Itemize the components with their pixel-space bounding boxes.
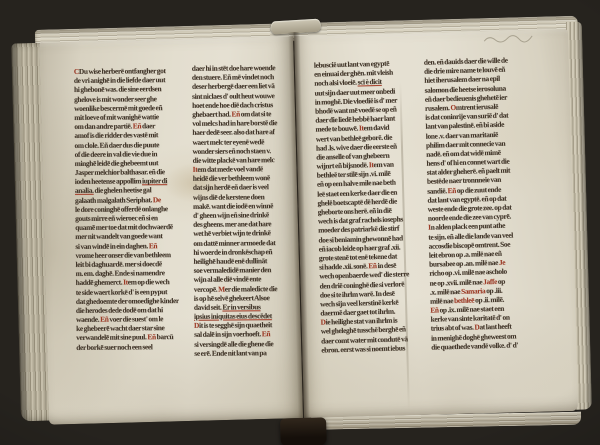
ink-text: of die deere in val die vie due in [75,149,158,159]
ink-text: om clole. Eñ daer dus die puute [74,140,159,150]
manuscript-line: de vri anighē in die liefde daer uut [74,75,177,85]
manuscript-line: se erē. Ende nit lant van pa [194,348,297,358]
ink-text: voer die suest' om le [108,314,163,323]
ink-text: hi ghebonē was. die sine eerdsen [74,85,161,95]
ink-text: om dattē minner armoede dat [193,238,275,248]
ink-text: em van [373,160,393,170]
ink-text: om dan andre partiē. [74,122,133,132]
left-page: CDu wise herberē ontfangher gotde vri an… [39,36,303,425]
ink-text: milē nae [430,296,454,306]
ink-text: vercopē. [194,284,219,293]
ink-text: sandiē. [427,186,448,196]
ink-text: dat ghedoemte der omoedighe kinder [76,296,179,306]
ink-text: wet hē verbiet wijn te drinkē [193,228,270,238]
rubric-initial: Je [499,258,506,267]
ink-text: barcū [156,332,174,341]
ink-text: die ghelen heetise gal [94,186,152,196]
manuscript-line: le dore coninghē offerdē onlanghe [75,204,178,214]
ink-text: waende. [76,315,100,324]
manuscript-line: ebron. eerst was si noemt iebus [321,343,424,355]
ink-text: haddē ghemerct. [76,278,124,287]
ink-text: wijn al alle diē vindē ente [194,275,261,285]
ink-text: haer dedē seer. also dat hare af [192,127,274,137]
ink-text: makē. want die iodē en winnē [193,201,273,211]
ink-text: daer hi in stēt doe hare woende [192,63,275,73]
ink-text: leit bi daghuardē. mer si doecdē [75,259,161,269]
ink-text: is op hē selvē ghekeert Alsoe [194,293,270,303]
ink-text: em dat mede voel vandē [197,164,263,174]
ink-text: david seit. [194,302,223,311]
ink-text: rusalem. [425,103,451,113]
rubric-initial: Eñ [262,330,270,339]
ink-text: des gheens. mer ane dat hare [193,219,271,229]
red-underlined-text: iupiter di [142,176,167,185]
ink-text: d' gheen wijn eñ sine drinkē [193,210,269,220]
ink-text: hi woerde in dronkēschap eñ [193,247,272,257]
ink-text: em david [363,123,389,133]
ink-text: op .iii. [485,285,502,294]
ink-text: ghelove is mit wonder seer ghe [74,94,157,104]
rubric-initial: Eñ [447,186,456,195]
manuscript-line: ioden heetense appollim iupiter di [75,176,178,186]
red-underlined-text: analia. [75,186,94,195]
ink-text: gouts mirre eñ wieroec eñ si en [75,213,158,223]
rubric-initial: Jaffe [483,276,497,285]
ink-text: it is te segghē sijn quaetheit [199,320,272,330]
rubric-initial: bethleē [454,295,474,305]
manuscript-book: CDu wise herberē ontfangher gotde vri an… [11,17,591,434]
right-page: lebusciē uut lant van egyptēen einuai de… [294,29,578,418]
right-page-column-1: lebusciē uut lant van egyptēen einuai de… [314,58,425,359]
ink-text: minghē leidē die ghebeemt uut [75,158,159,168]
manuscript-line: die quaethede vandē volke. d' d' [431,340,534,352]
left-page-column-2: daer hi in stēt doe hare woendeden stuer… [192,63,298,362]
rubric-initial: Samaria [461,286,485,296]
ink-text: galaath malgalath Seriphat. [75,195,153,205]
manuscript-line: quamē mer toe dat mit dochwaerdē [75,222,178,232]
rubric-initial: De [153,195,161,204]
ink-text: ebron. eerst was si noemt iebus [321,343,405,354]
ink-text: ioden heetense appollim [75,177,142,187]
spine-tailband [280,417,327,445]
ink-text: heidē die ver bethleem wonē [193,173,270,183]
manuscript-line: verwandelē mit sine puul. Eñ barcū [76,332,179,342]
ink-text: die herodes dede dodē om dat hi [76,305,163,315]
ink-text: deser herbergē daer een liet vā [192,81,275,91]
ink-text: dat sijn herdē eñ daer is veel [193,183,269,193]
ink-text: si versingdē alle die ghene die [194,339,273,349]
red-underlined-text: scī è dicit [357,77,381,87]
ink-text: ke ghebeerē wacht daer star sine [76,323,164,333]
ink-text: verwandelē mit sine puul. [76,333,147,343]
manuscript-line: woenlike bescermē mit goede eñ [74,103,177,113]
rubric-initial: Eñ [368,261,377,270]
ink-text: in desē [377,261,397,271]
ink-text: heilighē haudē enē dullināt [193,256,267,266]
ink-text: si van windē in ein daghen. [75,241,149,251]
photo-scene: CDu wise herberē ontfangher gotde vri an… [0,0,600,445]
ink-text: op [497,276,505,285]
rubric-initial: Eñ [149,241,157,250]
manuscript-line: vrome heer onser die van bethleem [75,250,178,260]
ink-text: daer [141,121,155,130]
ink-text: mit loeve of mit wanighē wattie [74,112,159,122]
ink-text: die witte plackē van hare melc [193,155,275,165]
red-underlined-text: Er in versibus [222,302,260,311]
rubric-initial: Eñ [147,333,155,342]
ink-text: sal dalē in sijn voerhoeft. [194,330,262,340]
manuscript-line: dat ghedoemte der omoedighe kinder [76,296,179,306]
ink-text: sint niclaes d' oult heut wouwe [192,91,275,101]
ink-text: wonder siers eñ noch staen v. [192,146,270,156]
manuscript-line: der borkē suer noch een seel [76,342,179,352]
ink-text: vol melcs had in hare borstē die [192,118,277,128]
ink-text: wijns diē de kerstene doen [193,192,265,202]
right-page-column-2: den. eñ dauids daer die wille dedie drie… [424,55,535,356]
rubric-initial: Eñ [231,109,239,118]
ink-text: der borkē suer noch een seel [76,342,152,352]
ink-text: den stuere. Eñ mē vindet noch [192,72,274,82]
left-page-column-1: CDu wise herberē ontfangher gotde vri an… [74,66,180,365]
ink-text: er die maledicte die [225,284,278,293]
folio-inscription-mark [482,32,538,45]
ink-text: se erē. Ende nit lant van pa [194,348,266,358]
ink-text: hoet ende hoe diē dach cristus [192,100,273,110]
ink-text: amof is die ridder des vastē mit [74,130,158,140]
ink-text: soe vermaledidē manier den [194,265,272,275]
red-underlined-text: ipsius iniquitas eius descēdet [194,311,272,321]
ink-text: ghebaert had. [192,109,231,118]
ink-text: Du wise herberē ontfangher got [79,66,166,76]
rubric-initial: Eñ [133,121,141,130]
ink-text: em op die wech [128,277,170,286]
ink-text: om dat si te [240,109,271,118]
ink-text: die quaethede vandē volke. d' d' [431,340,518,351]
ink-text: waert melc ter eyenē wedē [192,137,264,147]
